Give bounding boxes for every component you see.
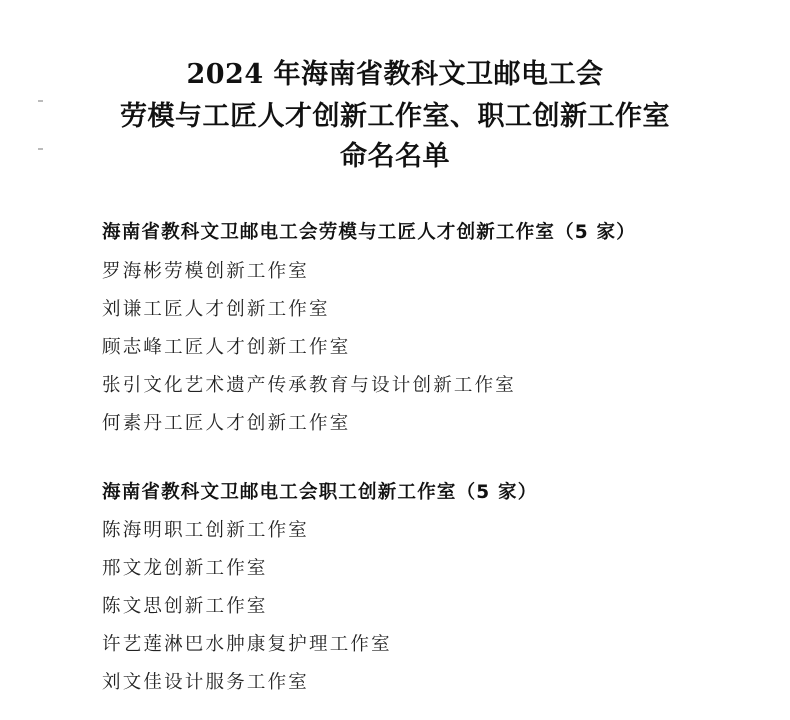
title-line-2: 劳模与工匠人才创新工作室、职工创新工作室 (0, 100, 790, 134)
list-item: 陈海明职工创新工作室 (102, 516, 309, 542)
list-item: 刘文佳设计服务工作室 (102, 668, 309, 694)
title-line-1: 2024 年海南省教科文卫邮电工会 (0, 58, 790, 92)
list-item: 何素丹工匠人才创新工作室 (102, 409, 350, 435)
section-heading-employee: 海南省教科文卫邮电工会职工创新工作室（5 家） (102, 478, 537, 504)
list-item: 刘谦工匠人才创新工作室 (102, 295, 330, 321)
document-page: 2024 年海南省教科文卫邮电工会 劳模与工匠人才创新工作室、职工创新工作室 命… (0, 0, 790, 720)
list-item: 陈文思创新工作室 (102, 592, 268, 618)
title-line-3: 命名名单 (0, 140, 790, 174)
list-item: 邢文龙创新工作室 (102, 554, 268, 580)
list-item: 许艺莲淋巴水肿康复护理工作室 (102, 630, 392, 656)
list-item: 张引文化艺术遗产传承教育与设计创新工作室 (102, 371, 516, 397)
section-heading-model-worker: 海南省教科文卫邮电工会劳模与工匠人才创新工作室（5 家） (102, 218, 636, 244)
list-item: 罗海彬劳模创新工作室 (102, 257, 309, 283)
list-item: 顾志峰工匠人才创新工作室 (102, 333, 350, 359)
